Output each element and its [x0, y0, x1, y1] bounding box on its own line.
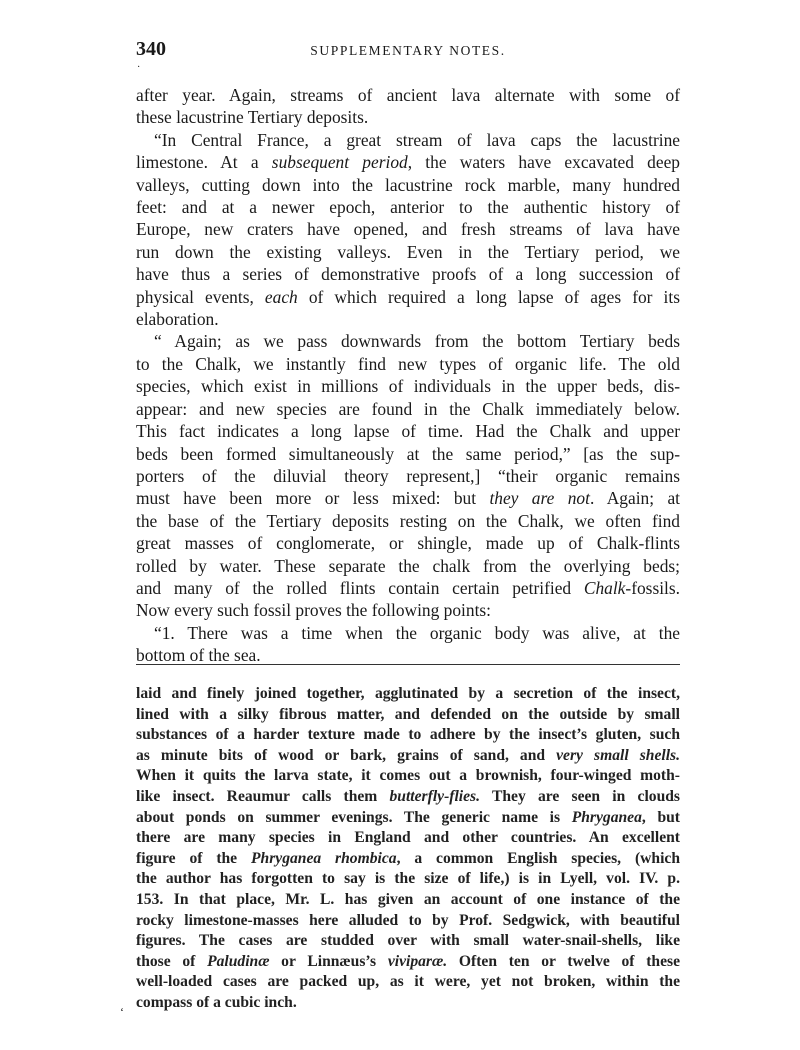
- text-run: like insect. Reaumur calls them: [136, 788, 390, 805]
- text-run: must have been more or less mixed: but: [136, 488, 489, 508]
- margin-tick-mark: ʻ: [120, 1005, 124, 1020]
- text-run: Often ten or twelve of these: [447, 953, 680, 970]
- text-run: physical events,: [136, 287, 265, 307]
- text-run: , but: [642, 809, 680, 826]
- footnote-line: lined with a silky fibrous matter, and d…: [136, 705, 680, 726]
- text-line: run down the existing valleys. Even in t…: [136, 241, 680, 263]
- footnote-line: well-loaded cases are packed up, as it w…: [136, 972, 680, 993]
- text-line: “ Again; as we pass downwards from the b…: [136, 330, 680, 352]
- footnote-line: compass of a cubic inch.: [136, 993, 680, 1014]
- book-page: 340 SUPPLEMENTARY NOTES. · after year. A…: [0, 0, 800, 1050]
- text-line: appear: and new species are found in the…: [136, 398, 680, 420]
- text-line: limestone. At a subsequent period, the w…: [136, 151, 680, 173]
- footnote-line: as minute bits of wood or bark, grains o…: [136, 746, 680, 767]
- italic-run: Phryganea: [572, 809, 642, 826]
- text-line: and many of the rolled flints contain ce…: [136, 577, 680, 599]
- italic-run: very small shells.: [556, 747, 680, 764]
- footnote-body: laid and finely joined together, aggluti…: [136, 684, 680, 1014]
- text-line: valleys, cutting down into the lacustrin…: [136, 174, 680, 196]
- text-line: “In Central France, a great stream of la…: [136, 129, 680, 151]
- text-line: porters of the diluvial theory represent…: [136, 465, 680, 487]
- text-line: to the Chalk, we instantly find new type…: [136, 353, 680, 375]
- italic-run: butterfly-flies.: [390, 788, 481, 805]
- footnote-line: about ponds on summer evenings. The gene…: [136, 808, 680, 829]
- italic-run: viviparæ.: [388, 953, 447, 970]
- text-line: rolled by water. These separate the chal…: [136, 555, 680, 577]
- text-run: those of: [136, 953, 207, 970]
- text-run: figure of the: [136, 850, 251, 867]
- footnote-line: figures. The cases are studded over with…: [136, 931, 680, 952]
- italic-run: they are not: [489, 488, 590, 508]
- footnote-line: figure of the Phryganea rhombica, a comm…: [136, 849, 680, 870]
- stray-mark: ·: [137, 62, 140, 73]
- main-text-body: after year. Again, streams of ancient la…: [136, 84, 680, 667]
- footnote-line: rocky limestone-masses here alluded to b…: [136, 911, 680, 932]
- text-run: , a common English species, (which: [397, 850, 680, 867]
- text-line: physical events, each of which required …: [136, 286, 680, 308]
- footnote-line: When it quits the larva state, it comes …: [136, 766, 680, 787]
- italic-run: subsequent period: [272, 152, 408, 172]
- text-line: beds been formed simultaneously at the s…: [136, 443, 680, 465]
- text-run: , the waters have excavated deep: [408, 152, 680, 172]
- text-run: limestone. At a: [136, 152, 272, 172]
- text-run: . Again; at: [590, 488, 680, 508]
- text-line: must have been more or less mixed: but t…: [136, 487, 680, 509]
- text-run: and many of the rolled flints contain ce…: [136, 578, 584, 598]
- text-run: or Linnæus’s: [269, 953, 387, 970]
- running-head: 340 SUPPLEMENTARY NOTES.: [136, 38, 680, 62]
- footnote-line: 153. In that place, Mr. L. has given an …: [136, 890, 680, 911]
- text-line: Europe, new craters have opened, and fre…: [136, 218, 680, 240]
- text-line: the base of the Tertiary deposits restin…: [136, 510, 680, 532]
- text-line: “1. There was a time when the organic bo…: [136, 622, 680, 644]
- footnote-line: substances of a harder texture made to a…: [136, 725, 680, 746]
- italic-run: each: [265, 287, 298, 307]
- text-run: as minute bits of wood or bark, grains o…: [136, 747, 556, 764]
- footnote-line: there are many species in England and ot…: [136, 828, 680, 849]
- italic-run: Paludinæ: [207, 953, 269, 970]
- running-title: SUPPLEMENTARY NOTES.: [136, 43, 680, 59]
- text-run: about ponds on summer evenings. The gene…: [136, 809, 572, 826]
- footnote-line: like insect. Reaumur calls them butterfl…: [136, 787, 680, 808]
- text-line: Now every such fossil proves the followi…: [136, 599, 680, 621]
- text-line: have thus a series of demonstrative proo…: [136, 263, 680, 285]
- footnote-line: laid and finely joined together, aggluti…: [136, 684, 680, 705]
- text-run: They are seen in clouds: [480, 788, 680, 805]
- italic-run: Phryganea rhombica: [251, 850, 397, 867]
- text-line: these lacustrine Tertiary deposits.: [136, 106, 680, 128]
- italic-run: Chalk: [584, 578, 626, 598]
- text-line: This fact indicates a long lapse of time…: [136, 420, 680, 442]
- text-line: species, which exist in millions of indi…: [136, 375, 680, 397]
- footnote-divider: [136, 664, 680, 665]
- text-line: after year. Again, streams of ancient la…: [136, 84, 680, 106]
- text-line: feet: and at a newer epoch, anterior to …: [136, 196, 680, 218]
- footnote-line: the author has forgotten to say is the s…: [136, 869, 680, 890]
- text-line: elaboration.: [136, 308, 680, 330]
- text-run: of which required a long lapse of ages f…: [298, 287, 680, 307]
- footnote-line: those of Paludinæ or Linnæus’s viviparæ.…: [136, 952, 680, 973]
- text-line: great masses of conglomerate, or shingle…: [136, 532, 680, 554]
- text-run: -fossils.: [625, 578, 680, 598]
